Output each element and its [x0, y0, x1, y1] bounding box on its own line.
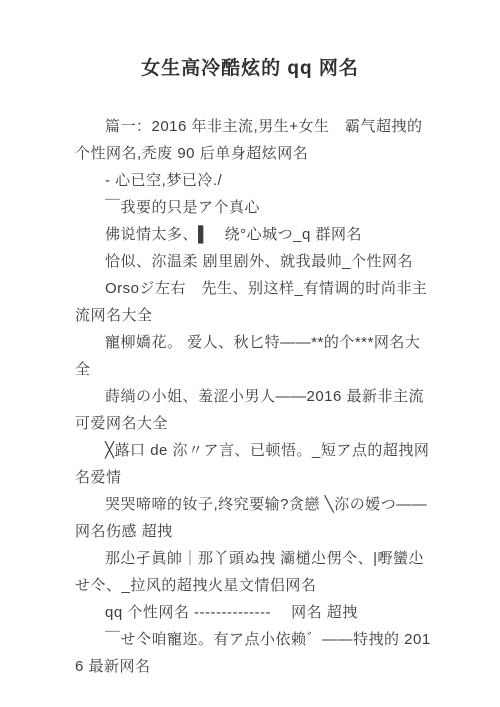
paragraph: 哭哭啼啼的钕子,终究要输?贪戀 ╲沵の嫒つ——网名伤感 超拽 [75, 491, 431, 545]
paragraph: 佛说情太多、▌ 绕°心城つ_q 群网名 [75, 221, 431, 248]
paragraph: ╳蕗口 de 沵〃ア言、已顿悟。_短ア点的超拽网名爱情 [75, 437, 431, 491]
page-title: 女生高冷酷炫的 qq 网名 [0, 0, 500, 80]
paragraph: ￣せ仒咱寵迩。有ア点小依赖゛——特拽的 2016 最新网名 [75, 626, 431, 680]
paragraph: - 心已空,梦已冷./ [75, 167, 431, 194]
paragraph: 寵柳嬌花。 爱人、秋匕特——**的个***网名大全 [75, 329, 431, 383]
document-page: 女生高冷酷炫的 qq 网名 篇一：2016 年非主流,男生+女生 霸气超拽的个性… [0, 0, 500, 707]
document-body: 篇一：2016 年非主流,男生+女生 霸气超拽的个性网名,秃废 90 后单身超炫… [75, 113, 431, 680]
paragraph: 蒔绱の小姐、羞涩小男人——2016 最新非主流可爱网名大全 [75, 383, 431, 437]
paragraph: ￣我要的只是ア个真心 [75, 194, 431, 221]
paragraph: qq 个性网名 -------------- 网名 超拽 [75, 599, 431, 626]
paragraph: 那尐孑眞帥｜那丫頭ぬ拽 灞檤尐侽仒、|嘢蠻尐せ仒、_拉风的超拽火星文情侣网名 [75, 545, 431, 599]
paragraph: Orsoジ左右 先生、别这样_有情调的时尚非主流网名大全 [75, 275, 431, 329]
paragraph: 篇一：2016 年非主流,男生+女生 霸气超拽的个性网名,秃废 90 后单身超炫… [75, 113, 431, 167]
paragraph: 恰似、沵温柔 剧里剧外、就我最帅_个性网名 [75, 248, 431, 275]
